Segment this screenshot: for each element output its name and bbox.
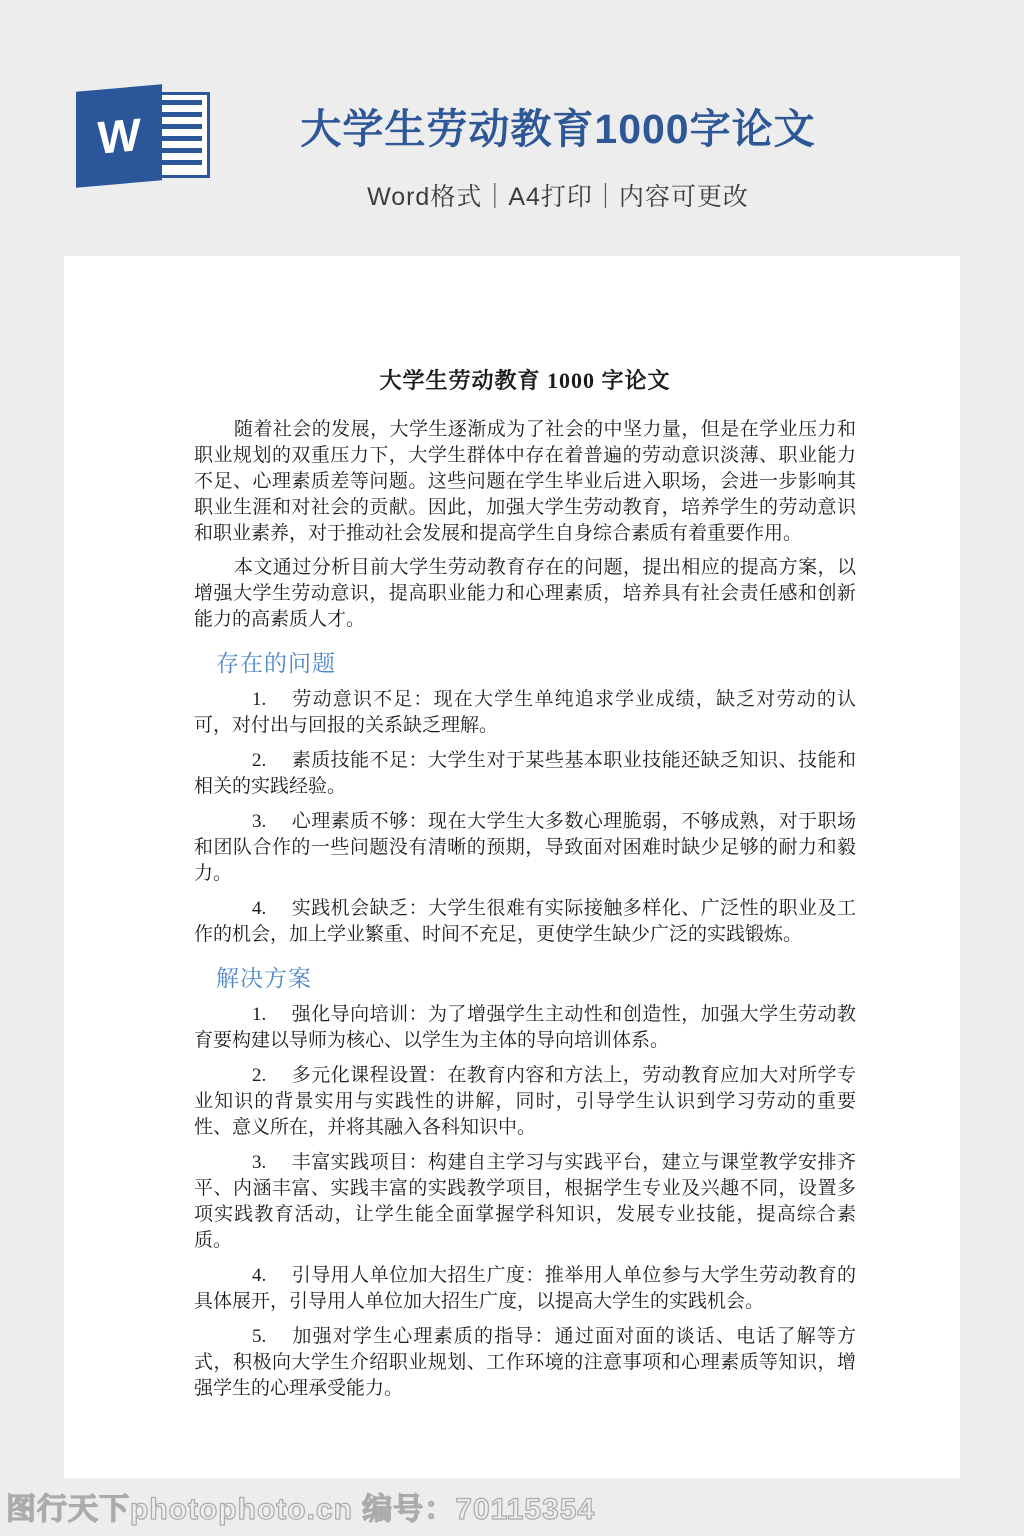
watermark-text: 图行天下photophoto.cn 编号：70115354 (6, 1484, 595, 1528)
item-text: 多元化课程设置：在教育内容和方法上，劳动教育应加大对所学专业知识的背景实用与实践… (194, 1065, 856, 1138)
section-heading-solutions: 解决方案 (216, 960, 856, 993)
item-number: 1. (252, 1004, 266, 1025)
item-number: 3. (252, 1152, 266, 1173)
list-item: 3.丰富实践项目：构建自主学习与实践平台，建立与课堂教学安排齐平、内涵丰富、实践… (194, 1150, 856, 1254)
item-number: 3. (252, 811, 266, 832)
intro-paragraph: 随着社会的发展，大学生逐渐成为了社会的中坚力量，但是在学业压力和职业规划的双重压… (194, 417, 856, 547)
item-text: 强化导向培训：为了增强学生主动性和创造性，加强大学生劳动教育要构建以导师为核心、… (194, 1004, 856, 1051)
item-text: 素质技能不足：大学生对于某些基本职业技能还缺乏知识、技能和相关的实践经验。 (194, 750, 856, 797)
list-item: 4.引导用人单位加大招生广度：推举用人单位参与大学生劳动教育的具体展开，引导用人… (194, 1263, 856, 1315)
document-title: 大学生劳动教育 1000 字论文 (194, 364, 856, 395)
list-item: 5.加强对学生心理素质的指导：通过面对面的谈话、电话了解等方式，积极向大学生介绍… (194, 1324, 856, 1402)
document-page: 大学生劳动教育 1000 字论文 随着社会的发展，大学生逐渐成为了社会的中坚力量… (64, 256, 960, 1478)
item-number: 5. (252, 1326, 266, 1347)
section-heading-problems: 存在的问题 (216, 645, 856, 678)
preview-header: W 大学生劳动教育1000字论文 Word格式｜A4打印｜内容可更改 (0, 0, 1024, 256)
item-number: 2. (252, 1065, 266, 1086)
list-item: 2.素质技能不足：大学生对于某些基本职业技能还缺乏知识、技能和相关的实践经验。 (194, 748, 856, 800)
list-item: 1.强化导向培训：为了增强学生主动性和创造性，加强大学生劳动教育要构建以导师为核… (194, 1002, 856, 1054)
item-text: 心理素质不够：现在大学生大多数心理脆弱，不够成熟，对于职场和团队合作的一些问题没… (194, 811, 856, 884)
list-item: 2.多元化课程设置：在教育内容和方法上，劳动教育应加大对所学专业知识的背景实用与… (194, 1063, 856, 1141)
item-number: 4. (252, 1265, 266, 1286)
item-text: 实践机会缺乏：大学生很难有实际接触多样化、广泛性的职业及工作的机会，加上学业繁重… (194, 898, 856, 945)
item-text: 丰富实践项目：构建自主学习与实践平台，建立与课堂教学安排齐平、内涵丰富、实践丰富… (194, 1152, 856, 1251)
template-subtitle: Word格式｜A4打印｜内容可更改 (92, 177, 1024, 213)
intro-paragraph: 本文通过分析目前大学生劳动教育存在的问题，提出相应的提高方案，以增强大学生劳动意… (194, 555, 856, 633)
item-number: 2. (252, 750, 266, 771)
list-item: 3.心理素质不够：现在大学生大多数心理脆弱，不够成熟，对于职场和团队合作的一些问… (194, 809, 856, 887)
item-text: 劳动意识不足：现在大学生单纯追求学业成绩，缺乏对劳动的认可，对付出与回报的关系缺… (194, 689, 856, 736)
list-item: 1.劳动意识不足：现在大学生单纯追求学业成绩，缺乏对劳动的认可，对付出与回报的关… (194, 687, 856, 739)
header-text-block: 大学生劳动教育1000字论文 Word格式｜A4打印｜内容可更改 (92, 96, 1024, 213)
item-number: 1. (252, 689, 266, 710)
list-item: 4.实践机会缺乏：大学生很难有实际接触多样化、广泛性的职业及工作的机会，加上学业… (194, 896, 856, 948)
document-content: 大学生劳动教育 1000 字论文 随着社会的发展，大学生逐渐成为了社会的中坚力量… (64, 256, 960, 1402)
template-title: 大学生劳动教育1000字论文 (92, 96, 1024, 155)
item-text: 引导用人单位加大招生广度：推举用人单位参与大学生劳动教育的具体展开，引导用人单位… (194, 1265, 856, 1312)
item-number: 4. (252, 898, 266, 919)
item-text: 加强对学生心理素质的指导：通过面对面的谈话、电话了解等方式，积极向大学生介绍职业… (194, 1326, 856, 1399)
site-watermark-bar: 图行天下photophoto.cn 编号：70115354 (6, 1484, 1006, 1528)
